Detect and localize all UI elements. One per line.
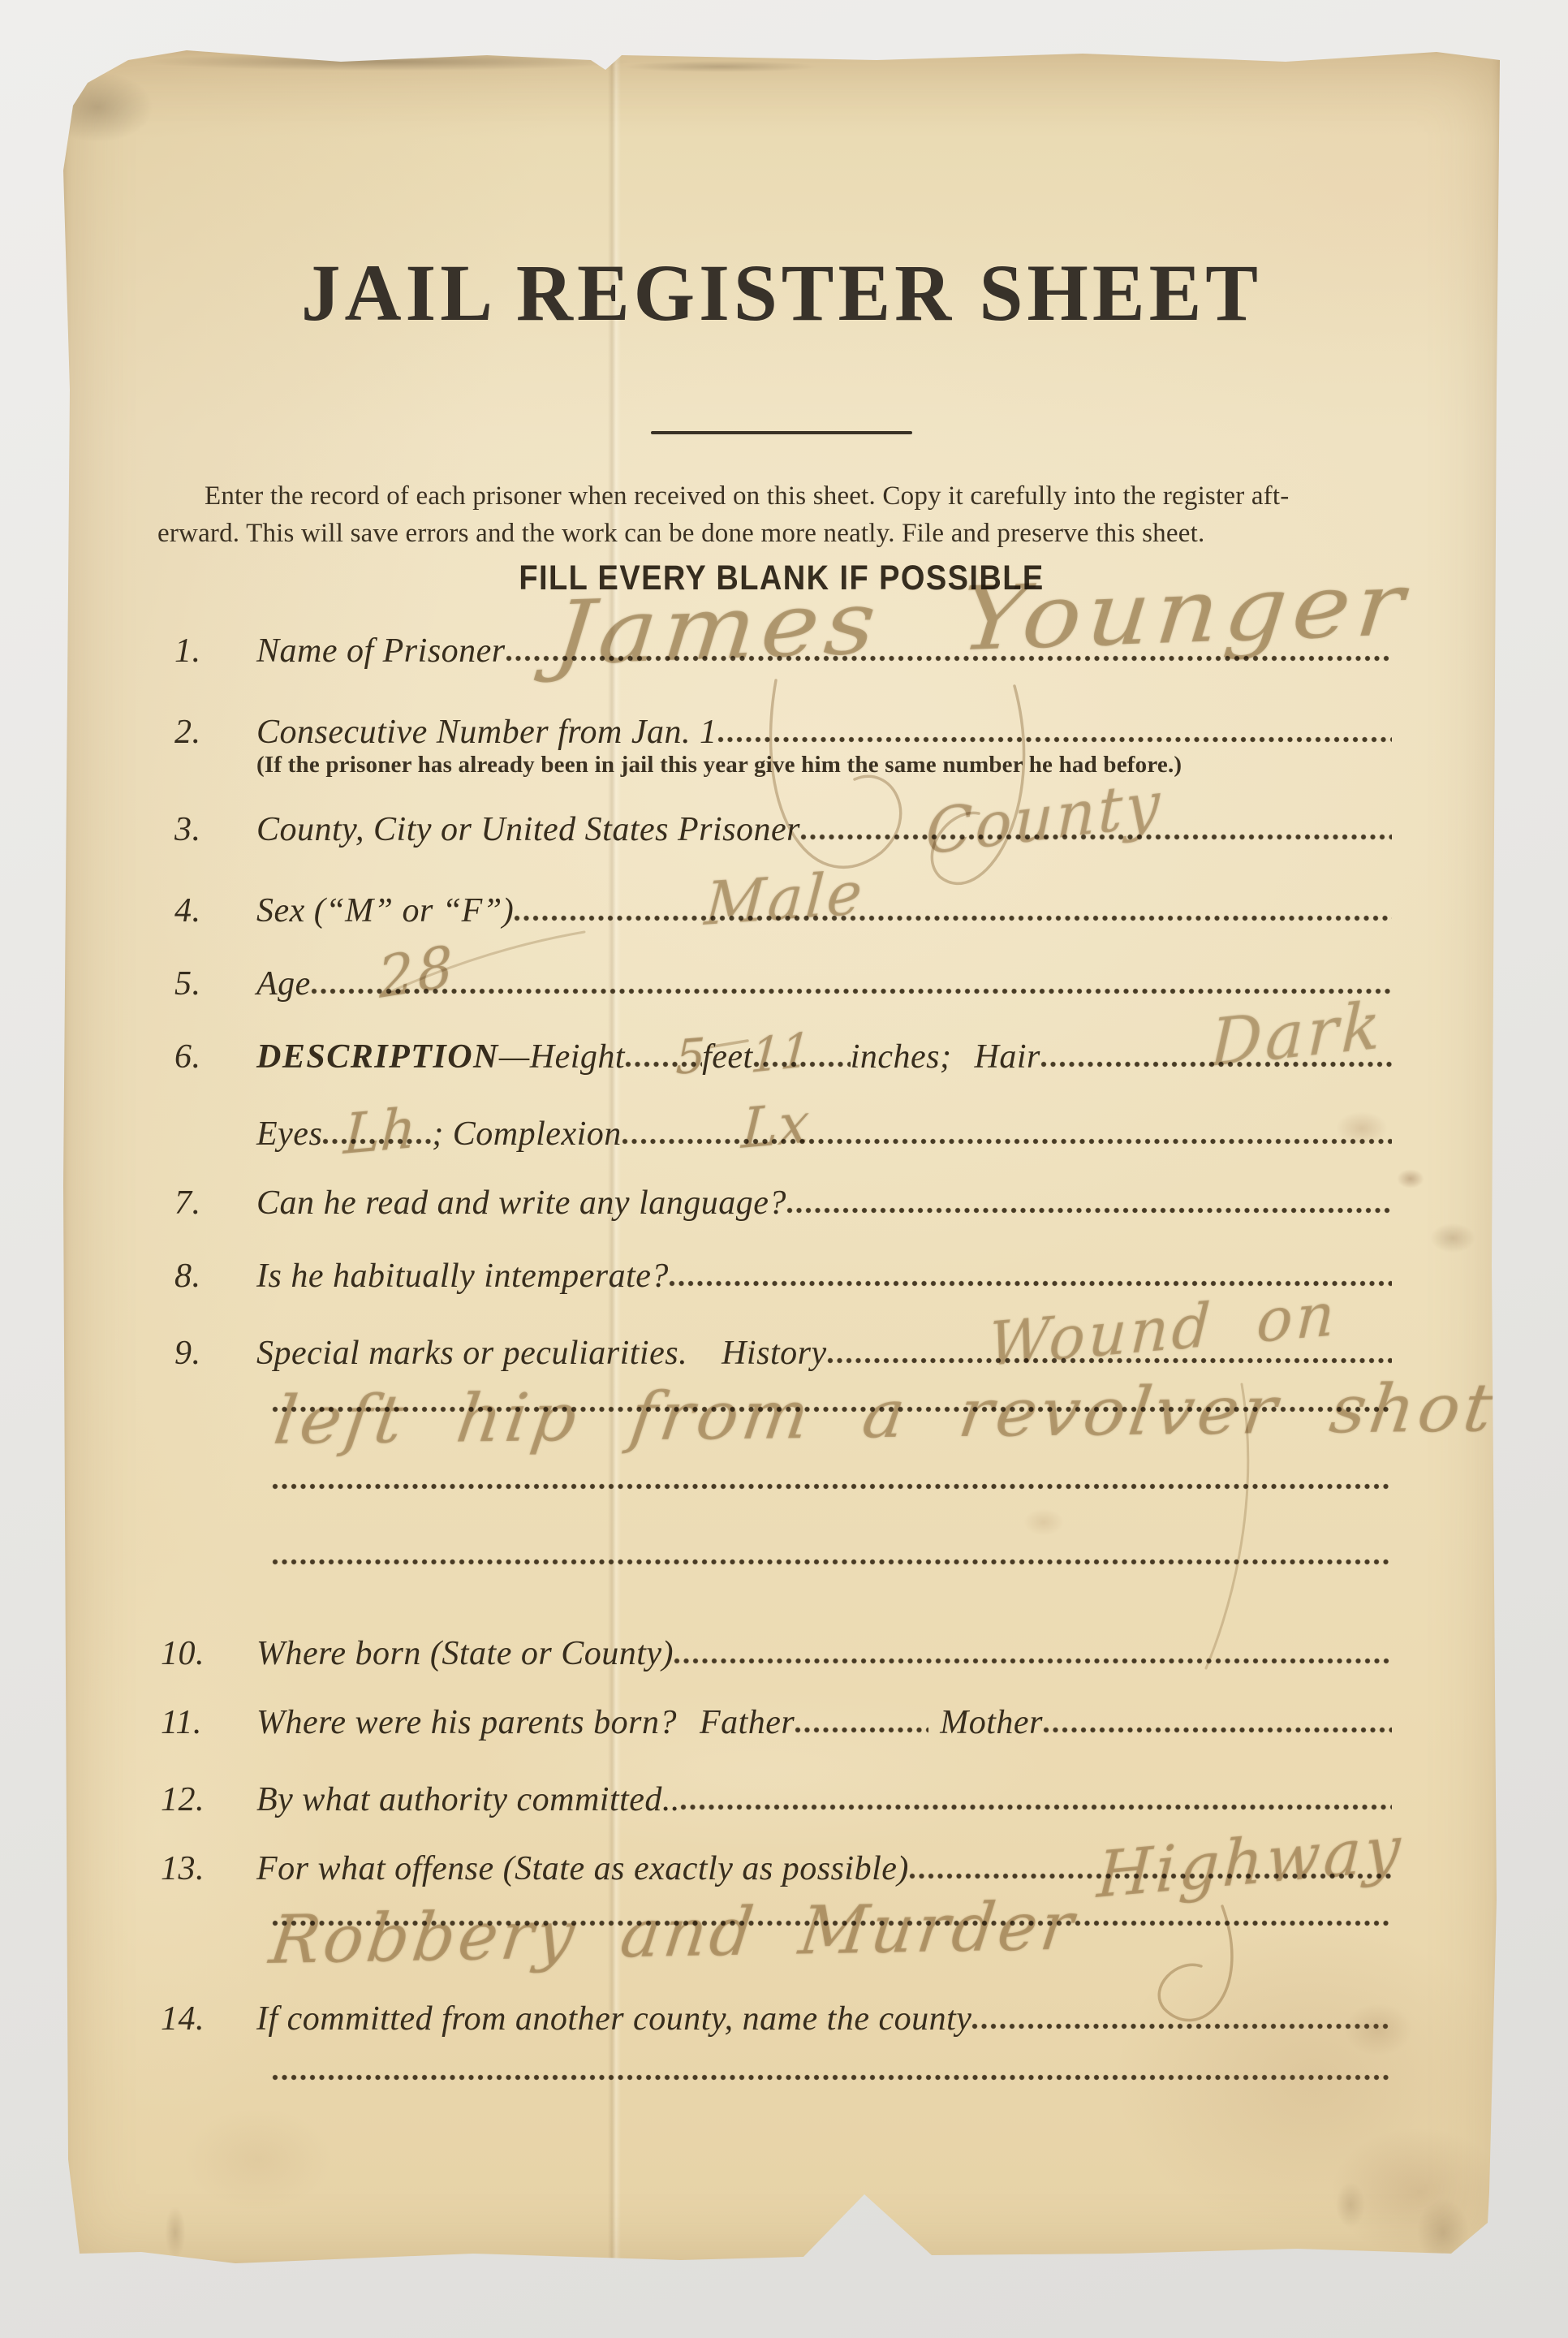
name-descender-loop-2: [932, 686, 1023, 883]
pencil-flourish-strokes: [63, 49, 1500, 2267]
scan-background: JAIL REGISTER SHEET Enter the record of …: [0, 0, 1568, 2338]
highway-descender-loop: [1159, 1906, 1232, 2021]
stray-pencil-tail: [1206, 1384, 1248, 1668]
stray-pencil-line: [390, 932, 584, 992]
pencil-dash: [709, 1041, 747, 1047]
name-descender-loop: [771, 680, 901, 867]
jail-register-sheet: JAIL REGISTER SHEET Enter the record of …: [63, 49, 1500, 2267]
